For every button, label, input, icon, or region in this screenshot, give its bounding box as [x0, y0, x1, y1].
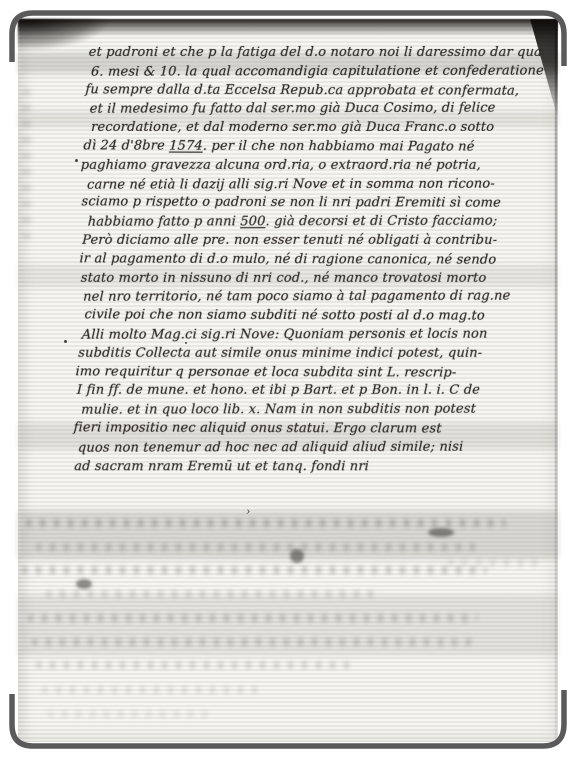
manuscript-line: mulie. et in quo loco lib. x. Nam in non…	[81, 401, 547, 421]
bleedthrough-smudge	[42, 686, 262, 694]
underlined-number: 1574	[169, 139, 203, 154]
margin-caret-mark: ›	[246, 505, 250, 518]
bleedthrough-smudge	[36, 661, 356, 669]
ink-blot	[290, 549, 304, 563]
manuscript-line: civile poi che non siamo subditi né sott…	[84, 306, 550, 326]
bleedthrough-smudge	[36, 543, 476, 551]
manuscript-line: I fin ff. de mune. et hono. et ibi p Bar…	[77, 382, 548, 401]
manuscript-line: et il medesimo fu fatto dal ser.mo già D…	[89, 100, 557, 120]
bleedthrough-smudge	[46, 590, 376, 598]
manuscript-line: paghiamo gravezza alcuna ord.ria, o extr…	[80, 157, 555, 176]
paper-band	[18, 595, 558, 655]
manuscript-line: ir al pagamento di d.o mulo, né di ragio…	[79, 250, 552, 270]
manuscript-line: 6. mesi & 10. la qual accomandigia capit…	[91, 62, 559, 82]
manuscript-line: habbiamo fatto p anni 500. già decorsi e…	[87, 213, 553, 233]
margin-dot-mark	[75, 159, 78, 162]
bleedthrough-smudge	[26, 519, 506, 527]
manuscript-line: et padroni et che p la fatiga del d.o no…	[88, 44, 559, 63]
bleedthrough-smudge	[448, 559, 538, 567]
manuscript-line: ad sacram nram Eremū ut et tanq. fondi n…	[74, 458, 545, 477]
ink-blot	[428, 528, 454, 537]
manuscript-line: nel nro territorio, né tam poco siamo à …	[83, 288, 551, 308]
paper-band	[18, 511, 558, 559]
manuscript-line: sciamo p rispetto o padroni se non li nr…	[81, 194, 554, 214]
manuscript-line: fieri impositio nec aliquid onus statui.…	[73, 419, 546, 439]
handwritten-text-block: et padroni et che p la fatiga del d.o no…	[74, 44, 559, 476]
scanned-manuscript-view: › et padroni et che p la fatiga del d.o …	[0, 0, 577, 760]
manuscript-line: Però diciamo alle pre. non esser tenuti …	[82, 232, 553, 251]
bleedthrough-smudge	[22, 566, 487, 574]
manuscript-line: quos non tenemur ad hoc nec ad aliquid a…	[78, 438, 546, 458]
manuscript-line: imo requiritur q personae et loca subdit…	[75, 363, 548, 383]
manuscript-line: fu sempre dalla d.ta Eccelsa Repub.ca ap…	[85, 81, 558, 101]
manuscript-line: Alli molto Mag.ci sig.ri Nove: Quoniam p…	[82, 325, 550, 345]
ink-blot	[76, 579, 92, 589]
bleedthrough-smudge	[32, 638, 472, 646]
bleedthrough-smudge	[48, 710, 208, 718]
bleedthrough-smudge	[28, 614, 478, 622]
manuscript-line: dì 24 d'8bre 1574. per il che non habbia…	[83, 137, 556, 157]
manuscript-line: subditis Collecta aut simile onus minime…	[78, 345, 549, 364]
manuscript-line: stato morto in nissuno di nri cod., né m…	[80, 270, 551, 289]
bleedthrough-smudge	[22, 89, 31, 239]
manuscript-line: carne né etià li dazij alli sig.ri Nove …	[87, 175, 555, 195]
underlined-number: 500	[240, 214, 266, 229]
manuscript-page: › et padroni et che p la fatiga del d.o …	[18, 19, 558, 742]
manuscript-line: recordatione, et dal moderno ser.mo già …	[91, 119, 557, 138]
margin-dot-mark	[64, 340, 67, 343]
